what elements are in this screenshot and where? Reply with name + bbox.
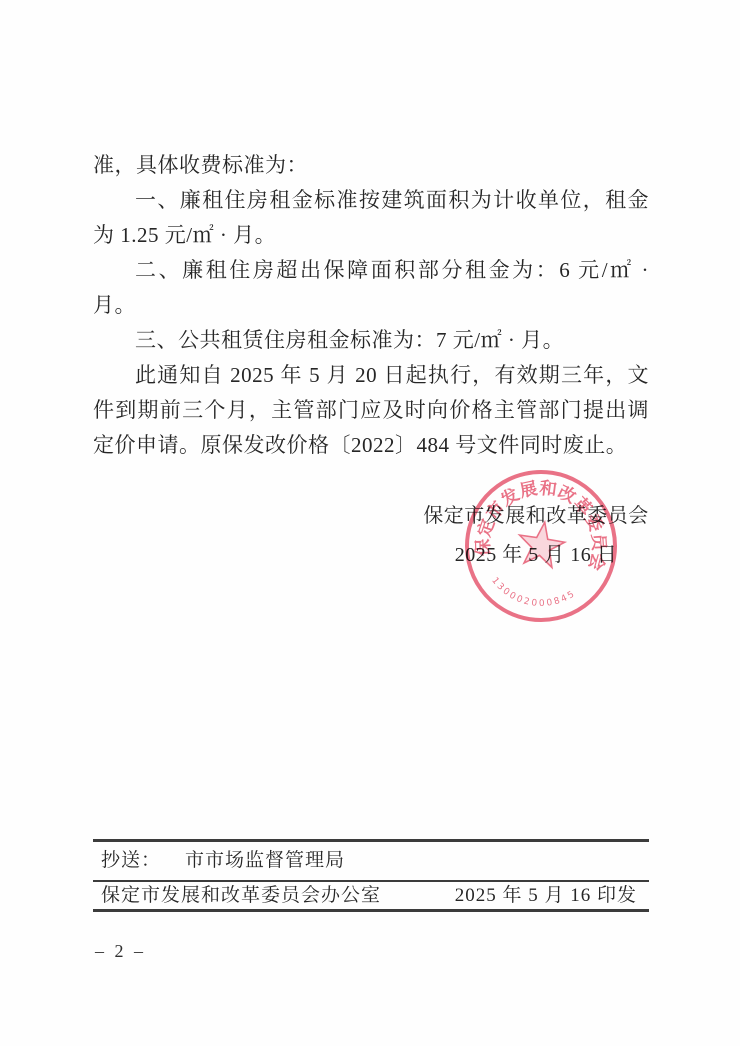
footer-rule-top <box>93 839 649 842</box>
body-paragraph: 二、廉租住房超出保障面积部分租金为：6 元/㎡ · 月。 <box>93 253 649 323</box>
footer-print-date: 2025 年 5 月 16 印发 <box>455 884 637 908</box>
signature-block: 保定市发展和改革委员会 2025 年 5 月 16 日 <box>420 497 652 575</box>
cc-label: 抄送： <box>101 850 161 871</box>
footer-rule-middle <box>93 880 649 882</box>
body-paragraph: 一、廉租住房租金标准按建筑面积为计收单位，租金为 1.25 元/㎡ · 月。 <box>93 183 649 253</box>
signature-organization: 保定市发展和改革委员会 <box>420 497 652 536</box>
signature-date: 2025 年 5 月 16 日 <box>420 536 652 575</box>
body-paragraph: 三、公共租赁住房租金标准为：7 元/㎡ · 月。 <box>93 323 649 358</box>
footer-issue-row: 保定市发展和改革委员会办公室 2025 年 5 月 16 印发 <box>93 884 649 908</box>
body-text: 准，具体收费标准为：一、廉租住房租金标准按建筑面积为计收单位，租金为 1.25 … <box>93 148 649 463</box>
page-number: – 2 – <box>95 941 146 962</box>
body-paragraph: 此通知自 2025 年 5 月 20 日起执行，有效期三年，文件到期前三个月，主… <box>93 358 649 463</box>
document-page: 准，具体收费标准为：一、廉租住房租金标准按建筑面积为计收单位，租金为 1.25 … <box>0 0 740 1046</box>
footer-cc-row: 抄送：市市场监督管理局 <box>93 847 649 875</box>
body-paragraph: 准，具体收费标准为： <box>93 148 649 183</box>
footer-issuer: 保定市发展和改革委员会办公室 <box>101 884 381 908</box>
cc-value: 市市场监督管理局 <box>185 850 345 871</box>
footer-rule-bottom <box>93 909 649 912</box>
